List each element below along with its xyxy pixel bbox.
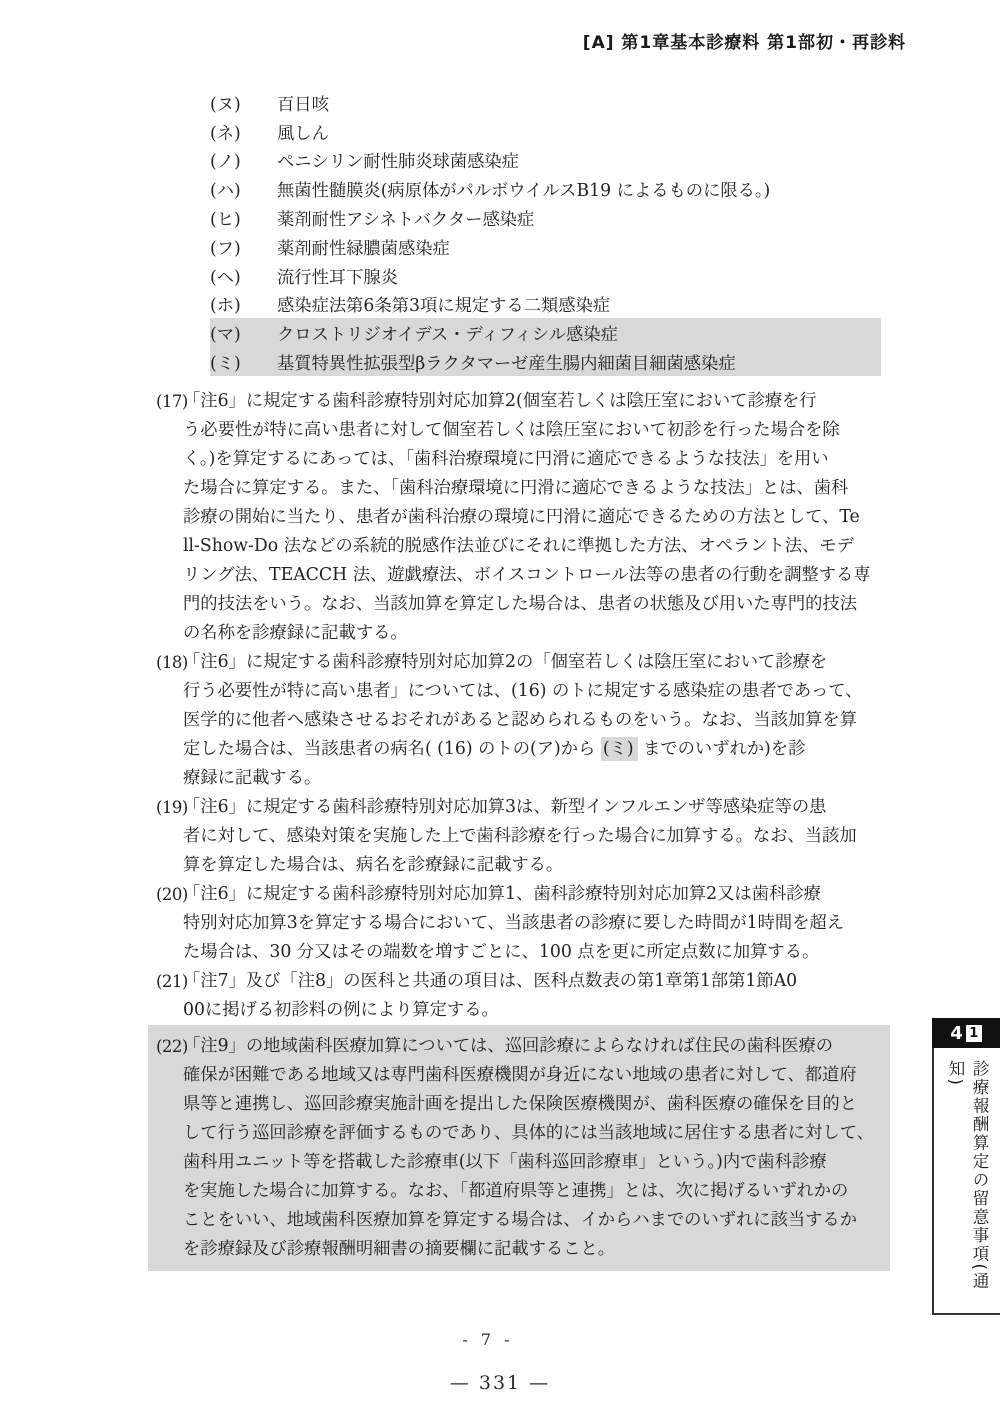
part-number-badge: 1 <box>966 1025 982 1042</box>
paragraph-22-highlighted: (22) 「注9」の地域歯科医療加算については、巡回診療によらなければ住民の歯科… <box>148 1025 890 1271</box>
text-after-highlight: までのいずれか)を診 <box>638 739 806 759</box>
paragraph-21: (21) 「注7」及び「注8」の医科と共通の項目は、医科点数表の第1章第1部第1… <box>183 967 895 1025</box>
list-item-marker: (ヒ) <box>210 205 277 230</box>
list-item-text: 百日咳 <box>277 90 329 115</box>
list-item: (ネ) 風しん <box>210 117 881 146</box>
list-item-highlighted: (ミ) 基質特異性拡張型βラクタマーゼ産生腸内細菌目細菌感染症 <box>210 347 881 376</box>
list-item-highlighted: (マ) クロストリジオイデス・ディフィシル感染症 <box>210 318 881 347</box>
paragraph-number: (22) <box>156 1032 188 1061</box>
paragraph-text-with-highlight: 定した場合は、当該患者の病名( (16) のトの(ア)から (ミ) までのいずれ… <box>183 735 895 764</box>
list-item: (ヘ) 流行性耳下腺炎 <box>210 261 881 290</box>
paragraph-number: (20) <box>156 880 188 909</box>
paragraph-18: (18) 「注6」に規定する歯科診療特別対応加算2の「個室若しくは陰圧室において… <box>183 648 895 793</box>
paragraph-17: (17) 「注6」に規定する歯科診療特別対応加算2(個室若しくは陰圧室において診… <box>183 387 895 648</box>
list-item-text: 流行性耳下腺炎 <box>277 263 398 288</box>
list-item: (ヌ) 百日咳 <box>210 88 881 117</box>
paragraph-text: 「注6」に規定する歯科診療特別対応加算3は、新型インフルエンザ等感染症等の患 者… <box>183 793 895 880</box>
side-tab-header: 4 1 <box>932 1018 1000 1048</box>
list-item-text: 基質特異性拡張型βラクタマーゼ産生腸内細菌目細菌感染症 <box>277 349 736 374</box>
paragraph-19: (19) 「注6」に規定する歯科診療特別対応加算3は、新型インフルエンザ等感染症… <box>183 793 895 880</box>
list-item-text: 薬剤耐性アシネトバクター感染症 <box>277 205 534 230</box>
list-item-text: クロストリジオイデス・ディフィシル感染症 <box>277 320 618 345</box>
list-item: (ヒ) 薬剤耐性アシネトバクター感染症 <box>210 203 881 232</box>
side-section-tab[interactable]: 4 1 診療報酬算定の留意事項(通知) <box>932 1018 1000 1315</box>
list-item-marker: (ヌ) <box>210 90 277 115</box>
list-item-marker: (ヘ) <box>210 263 277 288</box>
section-page-number: - 7 - <box>0 1330 976 1349</box>
paragraph-text: 「注9」の地域歯科医療加算については、巡回診療によらなければ住民の歯科医療の 確… <box>183 1032 890 1264</box>
list-item-marker: (フ) <box>210 234 277 259</box>
paragraph-text: 「注6」に規定する歯科診療特別対応加算2(個室若しくは陰圧室において診療を行 う… <box>183 387 895 648</box>
infection-kana-list: (ヌ) 百日咳 (ネ) 風しん (ノ) ペニシリン耐性肺炎球菌感染症 (ハ) 無… <box>210 88 881 376</box>
list-item: (ノ) ペニシリン耐性肺炎球菌感染症 <box>210 146 881 175</box>
list-item: (ホ) 感染症法第6条第3項に規定する二類感染症 <box>210 290 881 319</box>
paragraph-text: 「注6」に規定する歯科診療特別対応加算2の「個室若しくは陰圧室において診療を 行… <box>183 648 895 735</box>
list-item: (フ) 薬剤耐性緑膿菌感染症 <box>210 232 881 261</box>
text-before-highlight: 定した場合は、当該患者の病名( (16) のトの(ア)から <box>183 739 601 759</box>
side-tab-label: 診療報酬算定の留意事項(通知) <box>943 1060 991 1313</box>
paragraph-number: (17) <box>156 387 188 416</box>
paragraph-text: 「注6」に規定する歯科診療特別対応加算1、歯科診療特別対応加算2又は歯科診療 特… <box>183 880 895 967</box>
side-tab-body: 診療報酬算定の留意事項(通知) <box>932 1048 1000 1315</box>
list-item-marker: (マ) <box>210 320 277 345</box>
list-item-marker: (ホ) <box>210 291 277 316</box>
list-item-marker: (ネ) <box>210 119 277 144</box>
notice-paragraphs: (17) 「注6」に規定する歯科診療特別対応加算2(個室若しくは陰圧室において診… <box>183 387 895 1271</box>
list-item-marker: (ハ) <box>210 176 277 201</box>
paragraph-text: 療録に記載する。 <box>183 764 895 793</box>
list-item-text: 風しん <box>277 119 329 144</box>
list-item-text: ペニシリン耐性肺炎球菌感染症 <box>277 147 519 172</box>
list-item-text: 感染症法第6条第3項に規定する二類感染症 <box>277 291 610 316</box>
paragraph-text: 「注7」及び「注8」の医科と共通の項目は、医科点数表の第1章第1部第1節A0 0… <box>183 967 895 1025</box>
book-page-number: — 331 — <box>0 1372 1000 1394</box>
paragraph-number: (21) <box>156 967 188 996</box>
list-item-marker: (ミ) <box>210 349 277 374</box>
list-item: (ハ) 無菌性髄膜炎(病原体がパルボウイルスB19 によるものに限る。) <box>210 174 881 203</box>
list-item-text: 薬剤耐性緑膿菌感染症 <box>277 234 450 259</box>
paragraph-number: (19) <box>156 793 188 822</box>
page-header-title: [A] 第1章基本診療料 第1部初・再診料 <box>0 28 906 53</box>
document-page: [A] 第1章基本診療料 第1部初・再診料 (ヌ) 百日咳 (ネ) 風しん (ノ… <box>0 0 1000 1412</box>
chapter-number: 4 <box>950 1023 963 1044</box>
paragraph-20: (20) 「注6」に規定する歯科診療特別対応加算1、歯科診療特別対応加算2又は歯… <box>183 880 895 967</box>
inline-highlight-mi: (ミ) <box>601 737 638 761</box>
paragraph-number: (18) <box>156 648 188 677</box>
list-item-marker: (ノ) <box>210 147 277 172</box>
list-item-text: 無菌性髄膜炎(病原体がパルボウイルスB19 によるものに限る。) <box>277 176 770 201</box>
